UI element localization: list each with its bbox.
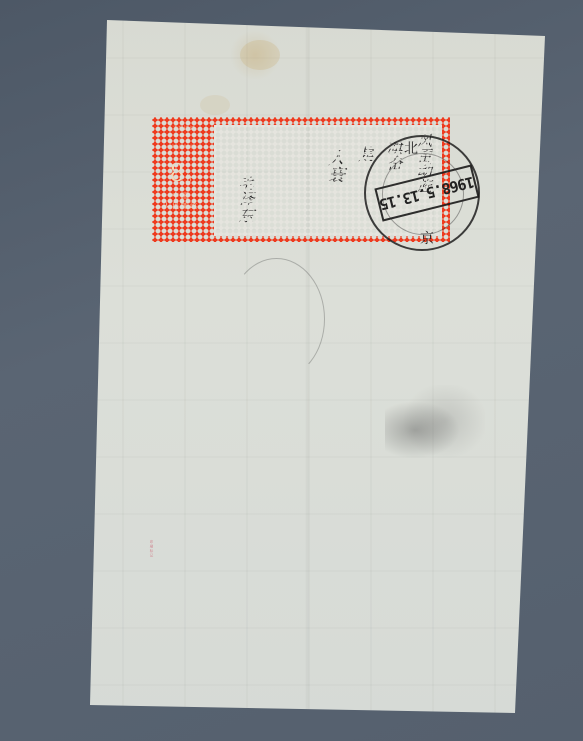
- faint-postmark: [228, 258, 325, 380]
- smudged-postmark: [385, 385, 485, 475]
- stamp-country: 中国人民邮政: [152, 191, 210, 211]
- country-line: 中国: [152, 191, 210, 201]
- calligraphy-column: 人寰: [322, 149, 347, 183]
- stamp-country-full: 中华人民共和国: [152, 144, 210, 149]
- stamp-denomination: 8分: [152, 159, 210, 187]
- calligraphy-signature: 毛泽东: [234, 175, 257, 223]
- stain: [200, 95, 230, 115]
- postmark-char: 北: [404, 138, 418, 158]
- printed-note: 印刷标记: [150, 540, 155, 558]
- postmark-char: 京: [420, 228, 434, 248]
- stamp-subheader: 之: [152, 135, 210, 141]
- denomination-unit: 分: [185, 174, 193, 183]
- country-line: 人民邮政: [152, 201, 210, 211]
- denomination-value: 8: [169, 159, 184, 187]
- stamp-value-panel: 毛主席诗词 之 中华人民共和国 8分 中国人民邮政: [152, 117, 210, 242]
- stamp-header: 毛主席诗词: [152, 125, 210, 132]
- stain: [240, 40, 280, 70]
